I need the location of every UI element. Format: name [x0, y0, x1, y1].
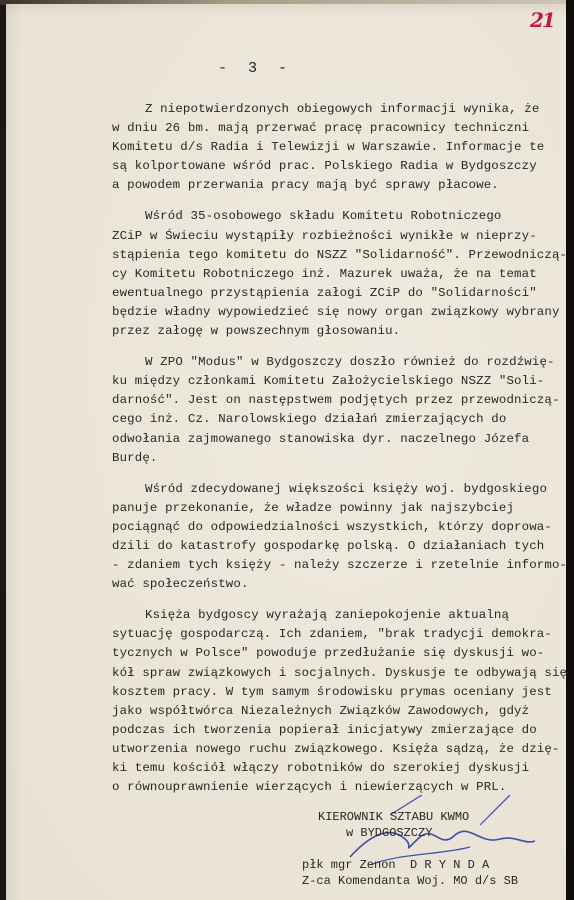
text-line: przez załogę w powszechnym głosowaniu. [0, 322, 574, 341]
text-line: sytuację gospodarczą. Ich zdaniem, "brak… [0, 625, 574, 644]
text-line: cego inż. Cz. Narolowskiego działań zmie… [0, 410, 574, 429]
text-line: W ZPO "Modus" w Bydgoszczy doszło równie… [0, 353, 574, 372]
text-line: Z niepotwierdzonych obiegowych informacj… [0, 100, 574, 119]
signature-title-line1: KIEROWNIK SZTABU KWMO [318, 810, 518, 826]
text-line: są kolportowane wśród prac. Polskiego Ra… [0, 157, 574, 176]
text-line: Wśród 35-osobowego składu Komitetu Robot… [0, 207, 574, 226]
text-line: panuje przekonanie, że władze powinny ja… [0, 499, 574, 518]
page-number: - 3 - [218, 60, 293, 77]
text-line: Wśród zdecydowanej większości księży woj… [0, 480, 574, 499]
signature-name: płk mgr Zenon D R Y N D A [302, 858, 518, 874]
paragraph: Z niepotwierdzonych obiegowych informacj… [0, 100, 574, 195]
paragraph: Księża bydgoscy wyrażają zaniepokojenie … [0, 606, 574, 797]
text-line: a powodem przerwania pracy mają być spra… [0, 176, 574, 195]
text-line: cy Komitetu Robotniczego inż. Mazurek uw… [0, 265, 574, 284]
text-line: jako współtwórca Niezależnych Związków Z… [0, 702, 574, 721]
text-line: kosztem pracy. W tym samym środowisku pr… [0, 683, 574, 702]
text-line: kół spraw związkowych i socjalnych. Dysk… [0, 664, 574, 683]
text-line: podczas ich tworzenia popierał inicjatyw… [0, 721, 574, 740]
text-line: Burdę. [0, 449, 574, 468]
archive-page-number: 21 [530, 8, 554, 32]
text-line: Komitetu d/s Radia i Telewizji w Warszaw… [0, 138, 574, 157]
text-line: utworzenia nowego ruchu związkowego. Ksi… [0, 740, 574, 759]
paragraph: Wśród 35-osobowego składu Komitetu Robot… [0, 207, 574, 341]
text-line: o równouprawnienie wierzących i niewierz… [0, 778, 574, 797]
document-body: Z niepotwierdzonych obiegowych informacj… [0, 100, 574, 809]
text-line: - zdaniem tych księży - należy szczerze … [0, 556, 574, 575]
text-line: w dniu 26 bm. mają przerwać pracę pracow… [0, 119, 574, 138]
text-line: ZCiP w Świeciu wystąpiły rozbieżności wy… [0, 227, 574, 246]
text-line: ki temu kościół włączy robotników do sze… [0, 759, 574, 778]
signature-block: KIEROWNIK SZTABU KWMO w BYDGOSZCZY płk m… [318, 810, 518, 889]
text-line: dzili do katastrofy gospodarkę polską. O… [0, 537, 574, 556]
signature-title-line2: w BYDGOSZCZY [318, 826, 518, 842]
text-line: tycznych w Polsce" powoduje przedłużanie… [0, 644, 574, 663]
text-line: ku między członkami Komitetu Założyciels… [0, 372, 574, 391]
text-line: Księża bydgoscy wyrażają zaniepokojenie … [0, 606, 574, 625]
paragraph: W ZPO "Modus" w Bydgoszczy doszło równie… [0, 353, 574, 468]
text-line: ewentualnego przystąpienia załogi ZCiP d… [0, 284, 574, 303]
text-line: będzie władny wypowiedzieć się nowy orga… [0, 303, 574, 322]
text-line: wać społeczeństwo. [0, 575, 574, 594]
text-line: odwołania zajmowanego stanowiska dyr. na… [0, 430, 574, 449]
paragraph: Wśród zdecydowanej większości księży woj… [0, 480, 574, 595]
signature-role: Z-ca Komendanta Woj. MO d/s SB [302, 874, 518, 890]
text-line: stąpienia tego komitetu do NSZZ "Solidar… [0, 246, 574, 265]
text-line: darność". Jest on następstwem podjętych … [0, 391, 574, 410]
text-line: pociągnąć do odpowiedzialności wszystkic… [0, 518, 574, 537]
